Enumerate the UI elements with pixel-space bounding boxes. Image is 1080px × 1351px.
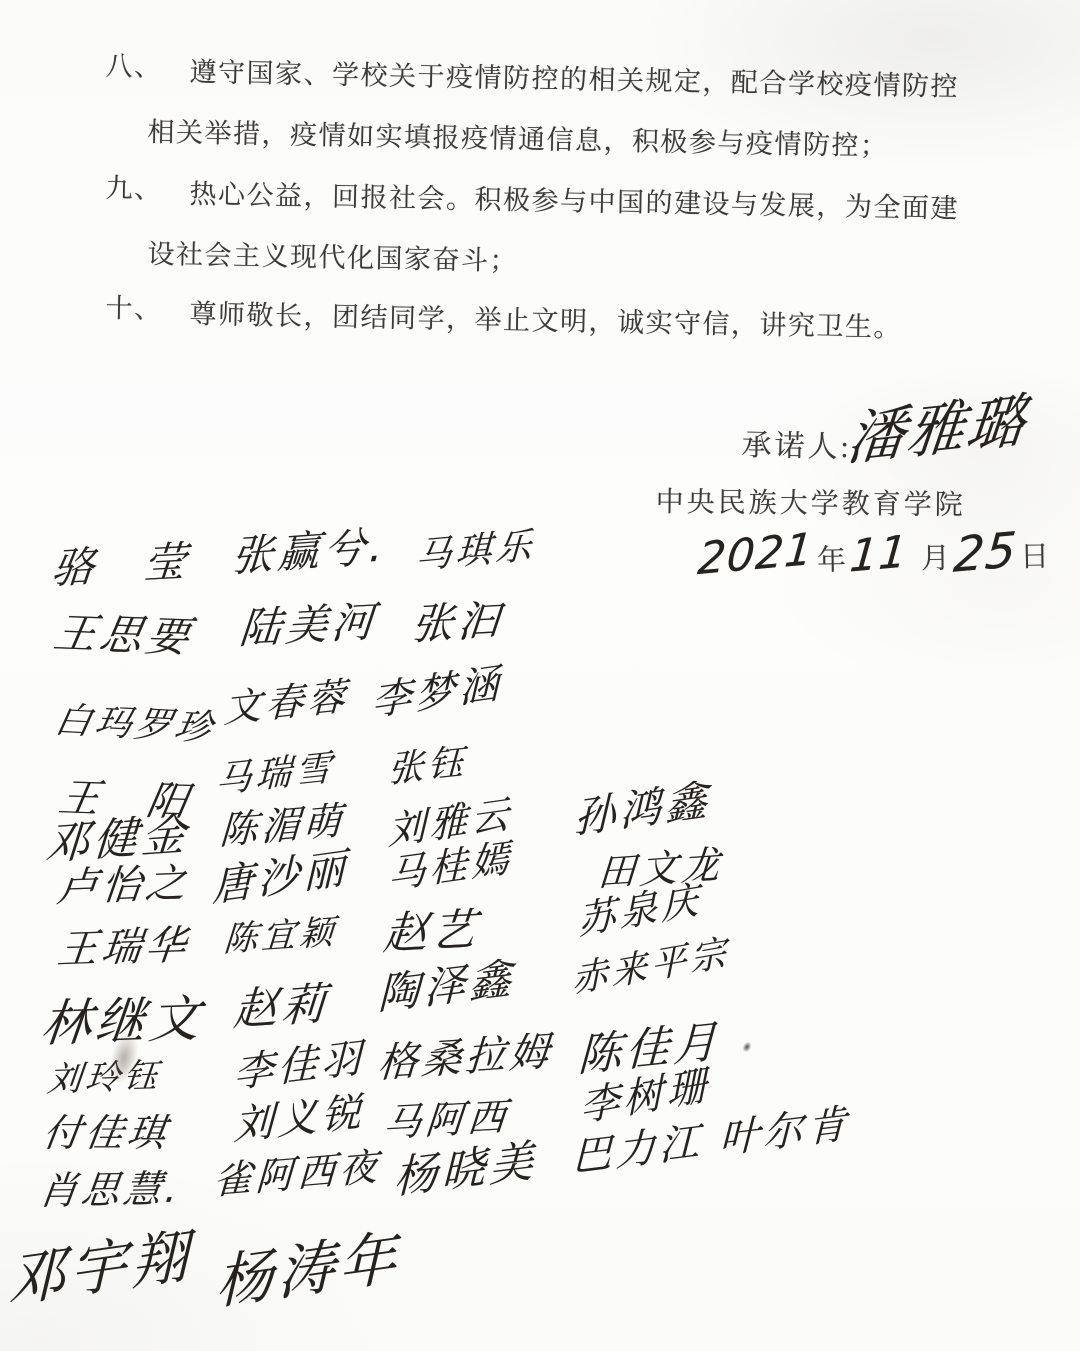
institution-name: 中央民族大学教育学院 bbox=[656, 480, 966, 523]
list-item-line: 遵守国家、学校关于疫情防控的相关规定，配合学校疫情防控 bbox=[189, 50, 959, 104]
date-month-unit: 月 bbox=[921, 535, 952, 577]
signature-handwritten: 李梦涵 bbox=[372, 651, 503, 727]
list-item-number: 十、 bbox=[105, 286, 163, 326]
date-day-handwritten: 25 bbox=[952, 526, 1019, 580]
date-month-handwritten: 11 bbox=[848, 530, 910, 580]
promiser-signature-handwritten: 潘雅璐 bbox=[844, 372, 1032, 476]
signature-handwritten: 肖思慧. bbox=[37, 1157, 186, 1215]
signature-handwritten: 付佳琪 bbox=[40, 1102, 174, 1157]
scanned-commitment-letter-page: 八、遵守国家、学校关于疫情防控的相关规定，配合学校疫情防控相关举措，疫情如实填报… bbox=[0, 0, 1080, 1351]
ink-dot bbox=[739, 1038, 755, 1055]
list-item-number: 八、 bbox=[105, 44, 163, 84]
signature-handwritten: 王思要 bbox=[50, 600, 198, 664]
signature-handwritten: 卢怡之 bbox=[55, 851, 193, 913]
signature-handwritten: 刘玲钰 bbox=[45, 1048, 164, 1101]
signature-handwritten: 邓宇翔 bbox=[8, 1208, 192, 1319]
date-day-unit: 日 bbox=[1020, 533, 1051, 575]
signature-handwritten: 马琪乐 bbox=[415, 517, 537, 579]
promiser-label: 承诺人: bbox=[741, 420, 852, 466]
signature-handwritten: 张汩 bbox=[409, 587, 506, 652]
list-item-line: 相关举措，疫情如实填报疫情通信息，积极参与疫情防控； bbox=[147, 110, 889, 163]
signature-handwritten: 杨涛年 bbox=[216, 1210, 400, 1321]
signature-handwritten: 陈宜颖 bbox=[222, 904, 339, 961]
signature-handwritten: 赵莉 bbox=[232, 967, 332, 1038]
signature-handwritten: 文春蓉 bbox=[223, 665, 350, 734]
list-item-line: 热心公益，回报社会。积极参与中国的建设与发展，为全面建 bbox=[189, 172, 959, 226]
signature-handwritten: 张赢兮. bbox=[230, 513, 389, 584]
list-item-line: 尊师敬长，团结同学，举止文明，诚实守信，讲究卫生。 bbox=[189, 292, 902, 345]
signature-handwritten: 孙鸿鑫 bbox=[574, 766, 711, 846]
date-year-handwritten: 2021 bbox=[696, 528, 815, 583]
signature-handwritten: 王瑞华 bbox=[55, 913, 193, 975]
list-item-line: 设社会主义现代化国家奋斗； bbox=[147, 232, 518, 278]
date-line: 2021 年 11 月 25 日 bbox=[698, 530, 1051, 584]
signature-handwritten: 骆 莹 bbox=[49, 529, 192, 597]
signature-handwritten: 张钰 bbox=[387, 733, 468, 793]
signature-handwritten: 陆美河 bbox=[237, 589, 380, 657]
signature-handwritten: 格桑拉姆 bbox=[376, 1020, 556, 1090]
list-item-number: 九、 bbox=[105, 166, 163, 206]
signature-handwritten: 白玛罗珍 bbox=[51, 692, 221, 751]
date-year-unit: 年 bbox=[817, 537, 848, 579]
